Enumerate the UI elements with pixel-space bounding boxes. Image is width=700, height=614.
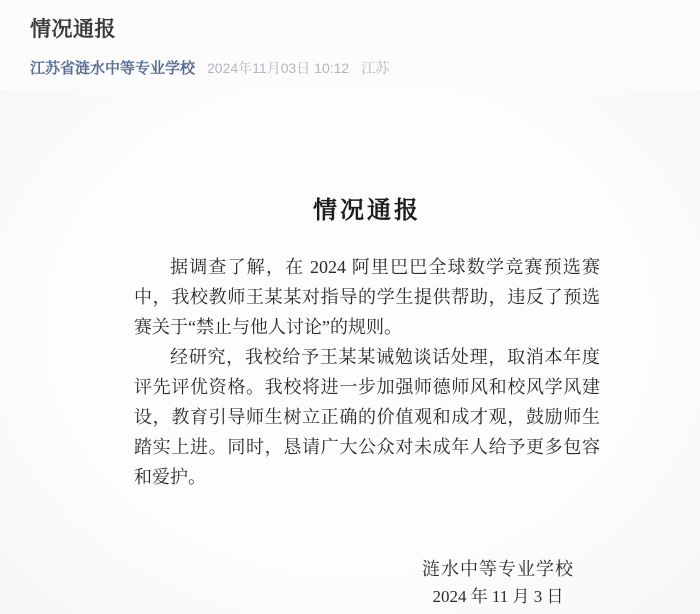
notice-title: 情况通报: [134, 194, 600, 228]
notice-paragraph: 经研究，我校给予王某某诫勉谈话处理，取消本年度评先评优资格。我校将进一步加强师德…: [134, 342, 600, 492]
signature-date: 2024 年 11 月 3 日: [408, 583, 588, 610]
notice-body: 情况通报 据调查了解，在 2024 阿里巴巴全球数学竞赛预选赛中，我校教师王某某…: [134, 194, 600, 492]
article-header: 情况通报 江苏省涟水中等专业学校2024年11月03日 10:12江苏: [0, 0, 700, 90]
publisher-link[interactable]: 江苏省涟水中等专业学校: [30, 60, 195, 77]
notice-document-image[interactable]: 情况通报 据调查了解，在 2024 阿里巴巴全球数学竞赛预选赛中，我校教师王某某…: [0, 90, 700, 614]
publish-timestamp: 2024年11月03日 10:12: [207, 60, 349, 76]
notice-paragraph: 据调查了解，在 2024 阿里巴巴全球数学竞赛预选赛中，我校教师王某某对指导的学…: [134, 252, 600, 342]
article-meta: 江苏省涟水中等专业学校2024年11月03日 10:12江苏: [30, 57, 389, 78]
notice-signature-block: 涟水中等专业学校 2024 年 11 月 3 日: [408, 556, 588, 610]
article-page: 情况通报 江苏省涟水中等专业学校2024年11月03日 10:12江苏 情况通报…: [0, 0, 700, 614]
signature-school-name: 涟水中等专业学校: [408, 556, 588, 583]
page-title: 情况通报: [30, 13, 116, 43]
publish-location: 江苏: [361, 60, 389, 76]
